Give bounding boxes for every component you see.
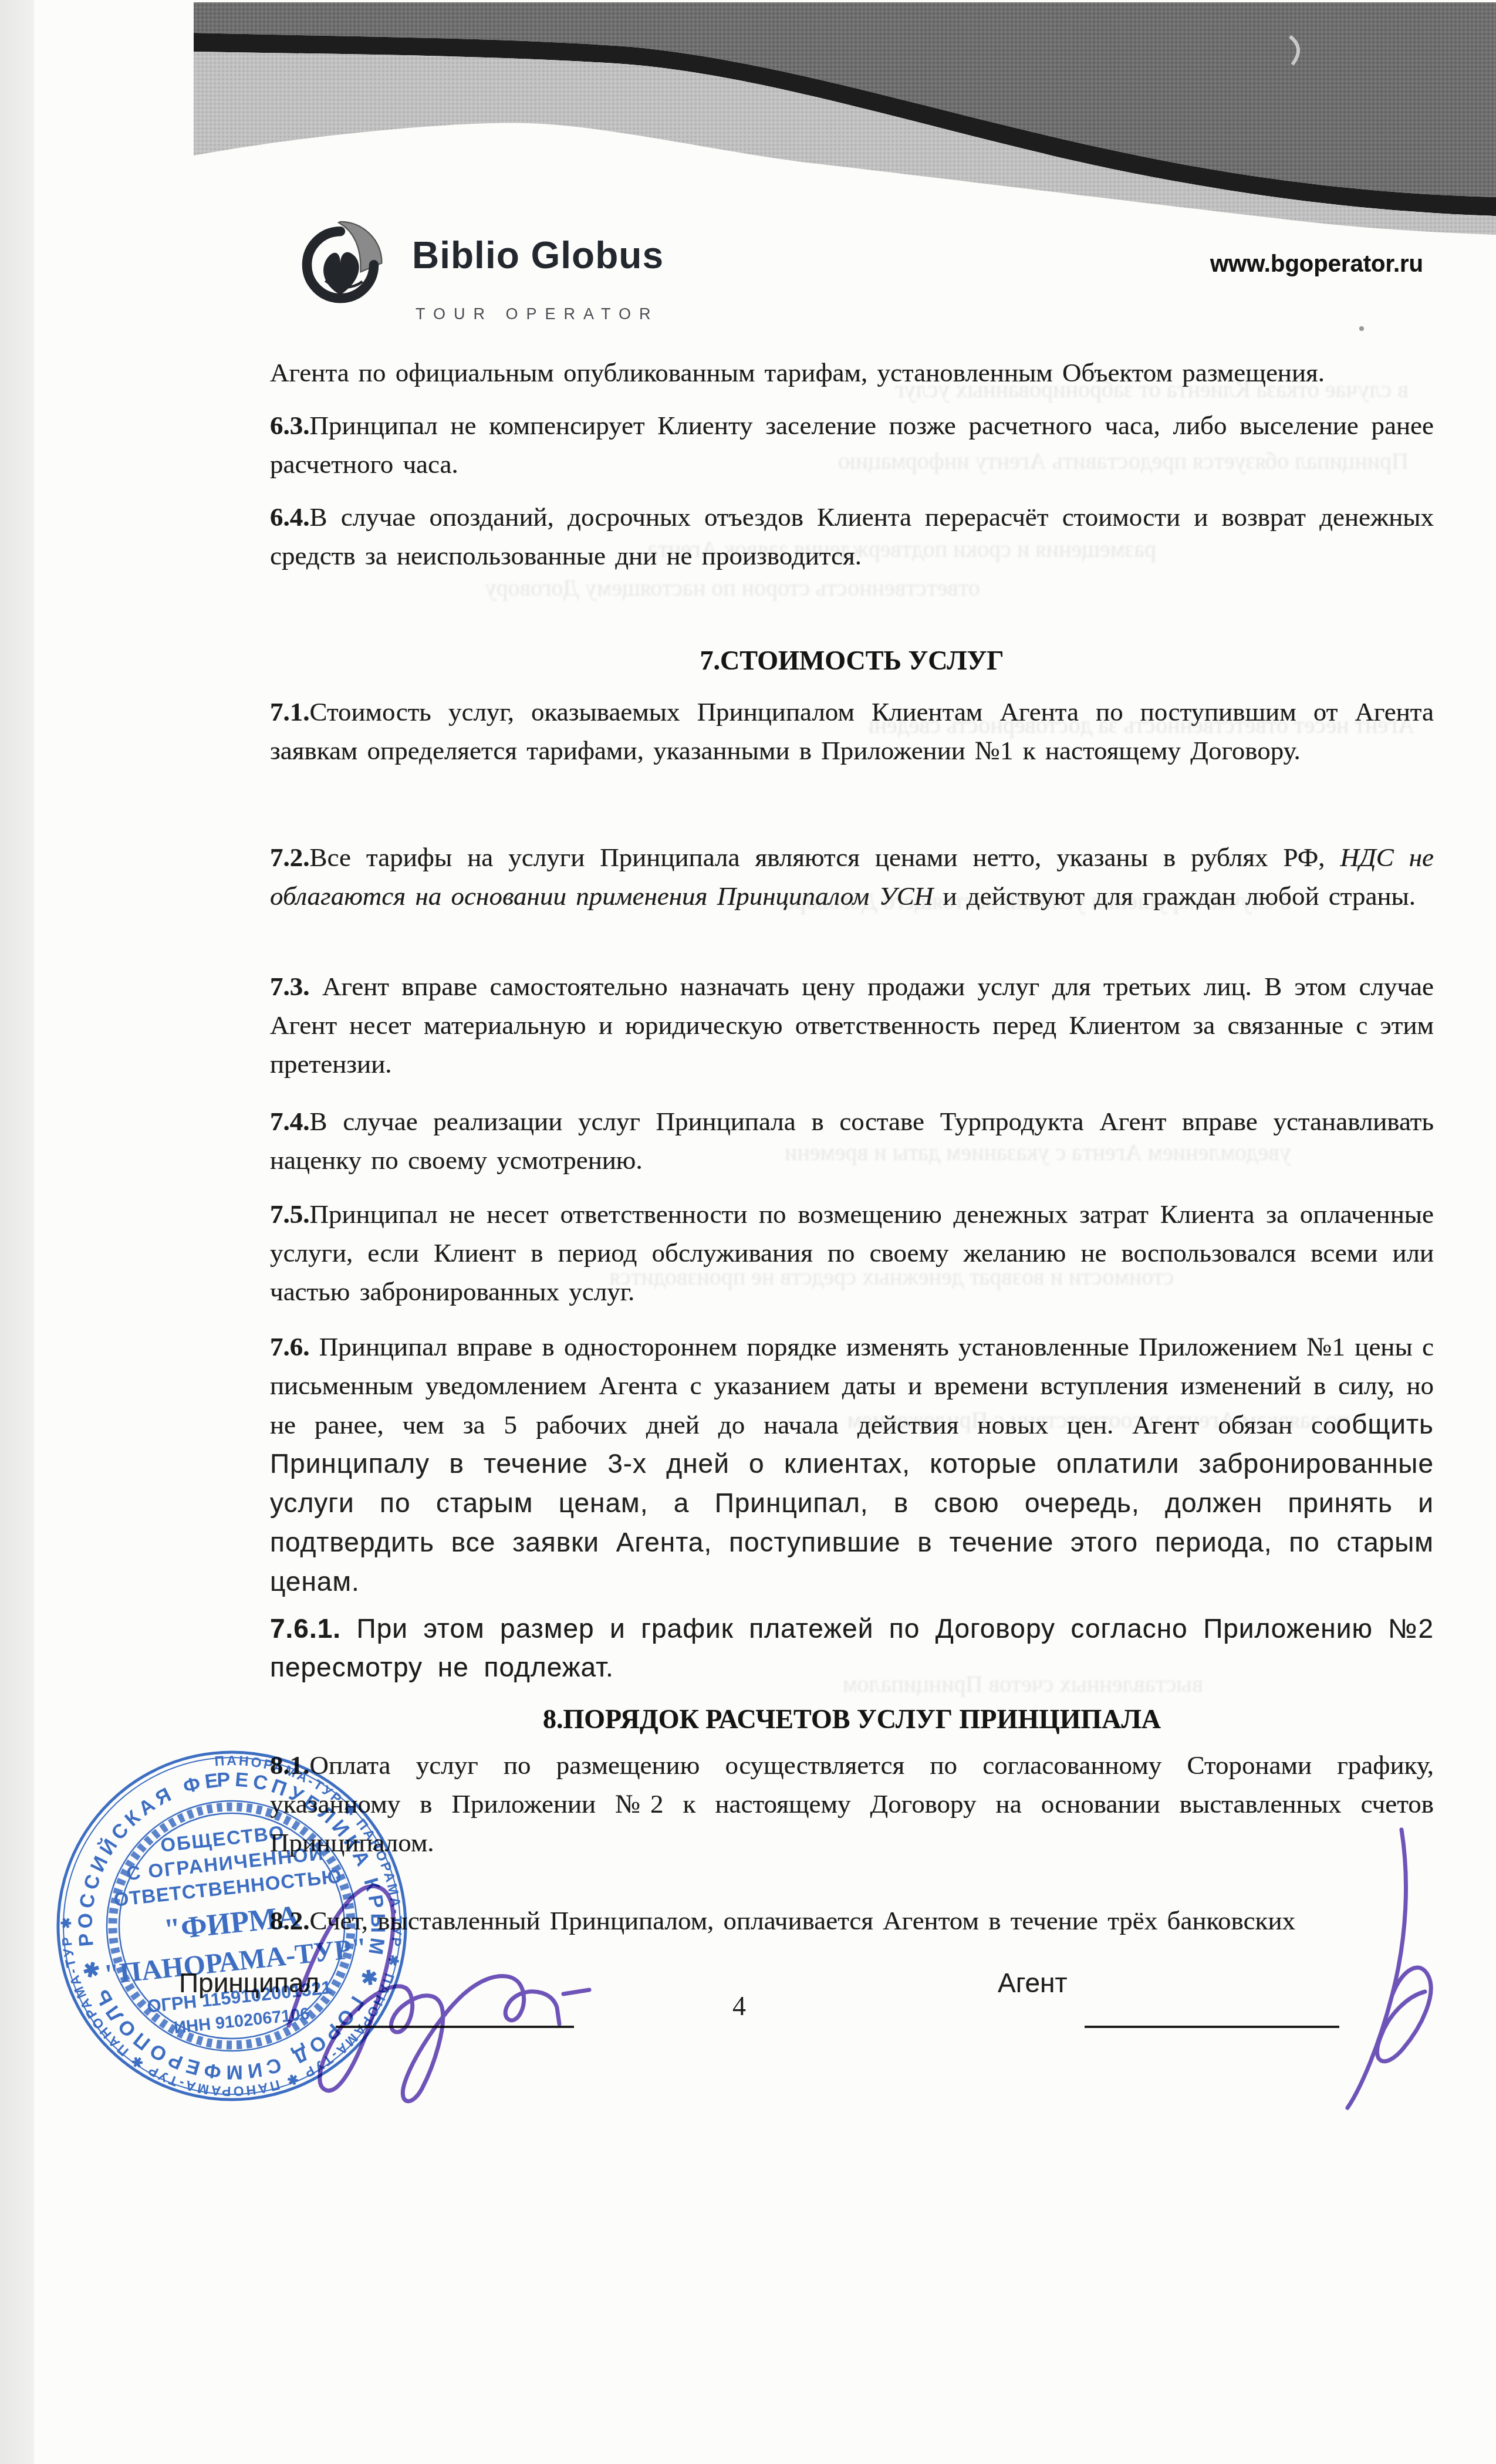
clause-number: 7.6. (270, 1332, 310, 1361)
clause-number: 7.4. (270, 1107, 310, 1136)
clause-7-1: 7.1.Стоимость услуг, оказываемых Принцип… (270, 692, 1434, 770)
clause-8-2: 8.2.Счет, выставленный Принципалом, опла… (270, 1901, 1434, 1940)
clause-number: 6.3. (270, 411, 310, 440)
page-number: 4 (732, 1990, 746, 2022)
clause-7-3: 7.3. Агент вправе самостоятельно назнача… (270, 967, 1434, 1083)
clause-text: Стоимость услуг, оказываемых Принципалом… (270, 697, 1434, 765)
clause-text: Принципал не компенсирует Клиенту заселе… (270, 411, 1434, 479)
clause-7-6-1: 7.6.1. При этом размер и график платежей… (270, 1609, 1434, 1686)
intro-text: Агента по официальным опубликованным тар… (270, 358, 1325, 387)
clause-text: и действуют для граждан любой страны. (933, 881, 1416, 911)
clause-text: Оплата услуг по размещению осуществляетс… (270, 1750, 1434, 1857)
intro-paragraph: Агента по официальным опубликованным тар… (270, 353, 1434, 392)
section-8-heading: 8.ПОРЯДОК РАСЧЕТОВ УСЛУГ ПРИНЦИПАЛА (270, 1702, 1434, 1737)
letterhead-wave-graphic (0, 0, 1496, 241)
clause-text: В случае реализации услуг Принципала в с… (270, 1107, 1434, 1175)
clause-text: Принципал не несет ответственности по во… (270, 1199, 1434, 1306)
clause-number: 6.4. (270, 502, 310, 532)
website-url: www.bgoperator.ru (1210, 251, 1423, 278)
clause-text: Агент вправе самостоятельно назначать це… (270, 972, 1434, 1079)
stamp-firm-line-1: "ФИРМА (162, 1899, 301, 1947)
clause-number: 7.2. (270, 843, 310, 872)
agent-signature-label: Агент (998, 1967, 1068, 1999)
clause-6-4: 6.4.В случае опозданий, досрочных отъезд… (270, 498, 1434, 575)
bleedthrough-line: ответственность сторон по настоящему Дог… (276, 574, 980, 601)
clause-text: Все тарифы на услуги Принципала являются… (310, 843, 1340, 872)
clause-6-3: 6.3.Принципал не компенсирует Клиенту за… (270, 406, 1434, 484)
clause-number: 7.1. (270, 697, 310, 726)
clause-text: Принципал вправе в одностороннем порядке… (270, 1332, 1434, 1439)
clause-number: 7.5. (270, 1199, 310, 1229)
clause-number: 7.6.1. (270, 1613, 341, 1644)
clause-number: 7.3. (270, 972, 310, 1001)
clause-text: При этом размер и график платежей по Дог… (270, 1613, 1434, 1682)
scanner-bed-edge (0, 0, 35, 2464)
biblio-globus-logo-icon (296, 218, 384, 312)
agent-signature-line (1085, 2026, 1339, 2028)
clause-text: В случае опозданий, досрочных отъездов К… (270, 502, 1434, 570)
scan-speck-artifact (1359, 326, 1364, 331)
logo-subtitle: TOUR OPERATOR (416, 305, 659, 323)
scanned-contract-page: { "header": { "logo_title": "Biblio Glob… (0, 0, 1496, 2464)
clause-8-1: 8.1.Оплата услуг по размещению осуществл… (270, 1746, 1434, 1862)
clause-7-6: 7.6. Принципал вправе в одностороннем по… (270, 1327, 1434, 1601)
logo-title: Biblio Globus (412, 234, 664, 277)
clause-text: Счет, выставленный Принципалом, оплачива… (310, 1906, 1296, 1935)
clause-7-5: 7.5.Принципал не несет ответственности п… (270, 1195, 1434, 1311)
clause-7-2: 7.2.Все тарифы на услуги Принципала явля… (270, 838, 1434, 915)
section-7-heading: 7.СТОИМОСТЬ УСЛУГ (270, 643, 1434, 678)
company-round-stamp: ПАНОРАМА-ТУР ✱ ПАНОРАМА-ТУР ✱ ПАНОРАМА-Т… (50, 1744, 414, 2108)
clause-7-4: 7.4.В случае реализации услуг Принципала… (270, 1102, 1434, 1179)
